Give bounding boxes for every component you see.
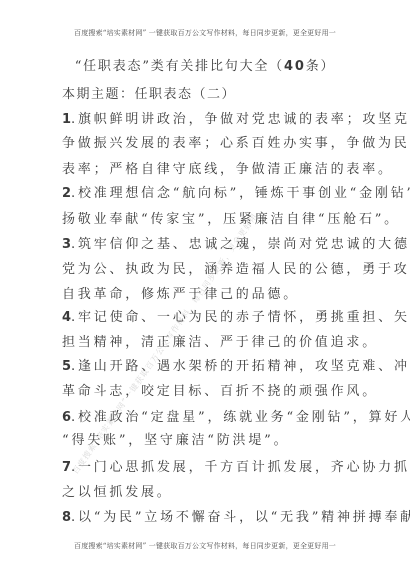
text-line: 2.校准理想信念“航向标”，锤炼干事创业“金刚钻”，弘: [62, 186, 350, 202]
text-line: 7.一门心思抓发展，千方百计抓发展，齐心协力抓发展，持: [62, 460, 350, 476]
text-line: 扬敬业奉献“传家宝”，压紧廉洁自律“压舱石”。: [62, 212, 350, 228]
text-line: 3.筑牢信仰之基、忠诚之魂，崇尚对党忠诚的大德，恪守立: [62, 237, 350, 253]
title-suffix: 条）: [306, 59, 336, 74]
page-footer: 百度搜索“培实素材网” 一键获取百万公文写作材料，每日同步更新，更全更好用一: [0, 541, 410, 551]
text-line: 1.旗帜鲜明讲政治，争做对党忠诚的表率；攻坚克难敢担当，: [62, 112, 350, 128]
text-line: 担当精神，清正廉洁、严于律己的价值追求。: [62, 335, 350, 351]
topic-line: 本期主题：任职表态（二）: [62, 87, 350, 103]
text-line: 表率；严格自律守底线，争做清正廉洁的表率。: [62, 162, 350, 178]
text-line: 4.牢记使命、一心为民的赤子情怀，勇挑重担、矢志攻坚的: [62, 310, 350, 326]
text-line: 争做振兴发展的表率；心系百姓办实事，争做为民服务的: [62, 136, 350, 152]
text-line: 8.以“为民”立场不懈奋斗，以“无我”精神拼搏奉献，以: [62, 510, 350, 526]
title-count: 40: [284, 59, 306, 74]
page-header: 百度搜索“培实素材网” 一键获取百万公文写作材料，每日同步更新，更全更好用一: [0, 28, 410, 38]
title-prefix: “任职表态”类有关排比句大全（: [75, 59, 284, 74]
text-line: 革命斗志，咬定目标、百折不挠的顽强作风。: [62, 384, 350, 400]
text-line: 之以恒抓发展。: [62, 485, 350, 501]
document-page: 百度搜索“培实素材网” 一键获取百万公文写作材料，每日同步更新，更全更好用一 “…: [0, 0, 410, 580]
document-title: “任职表态”类有关排比句大全（40条）: [0, 55, 410, 74]
text-line: 5.逢山开路、遇水架桥的开拓精神，攻坚克难、冲锋在前的: [62, 359, 350, 375]
